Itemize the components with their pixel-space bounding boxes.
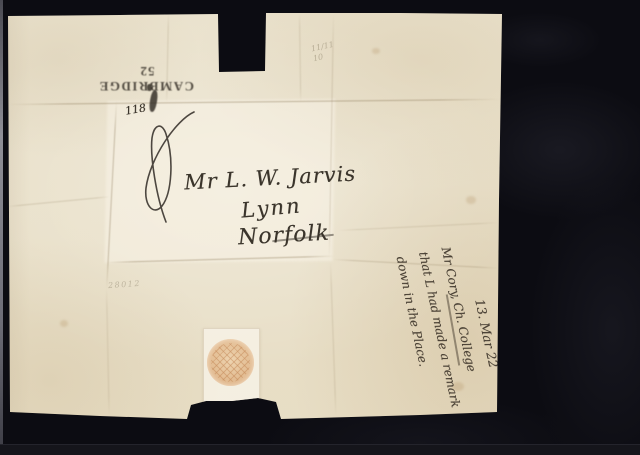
foxing-spot (60, 320, 68, 327)
fold-crease (338, 222, 498, 231)
mount-bottom-seam (0, 444, 640, 455)
fold-crease (330, 262, 336, 416)
pencil-annotation: 28012 (108, 279, 142, 290)
fold-crease (299, 14, 301, 102)
fold-crease (8, 196, 110, 207)
foxing-spot (466, 196, 476, 204)
wafer-seal (207, 339, 254, 386)
fold-crease (106, 288, 110, 416)
postmark-mileage-text: 52 (100, 64, 194, 79)
photo-of-postal-cover: CAMBRIDGE 52 118 Mr L. W. Jarvis Lynn No… (0, 0, 640, 455)
ink-blot (147, 84, 152, 91)
docket-note: 13. Mar 22 Mr Cory, Ch. College that L h… (385, 240, 515, 432)
album-sleeve-edge (0, 0, 3, 455)
foxing-spot (372, 48, 380, 54)
